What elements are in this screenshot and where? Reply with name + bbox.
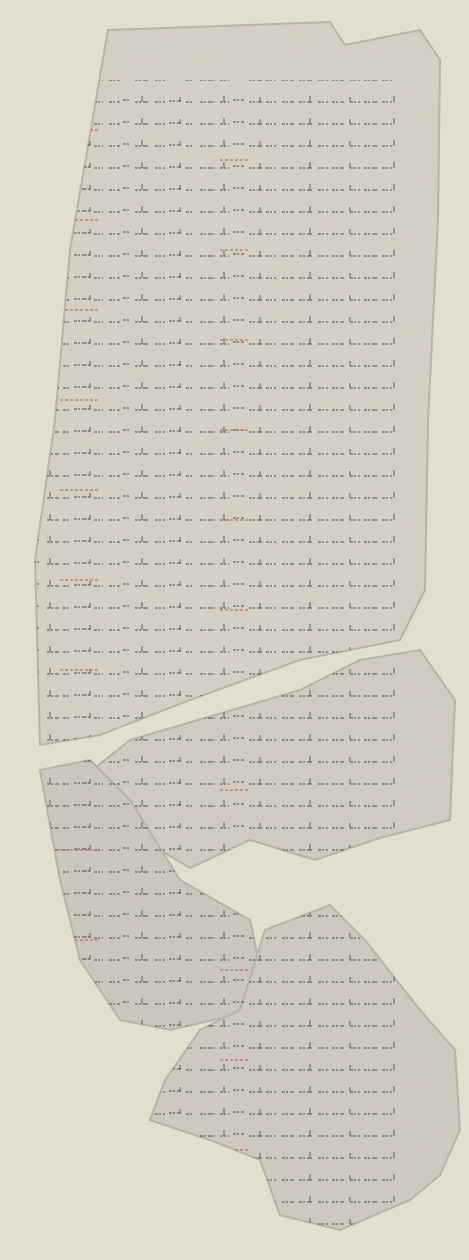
ostracon-illustration	[0, 0, 469, 1260]
hieratic-text	[0, 0, 469, 1260]
ostracon-photo	[0, 0, 469, 1260]
